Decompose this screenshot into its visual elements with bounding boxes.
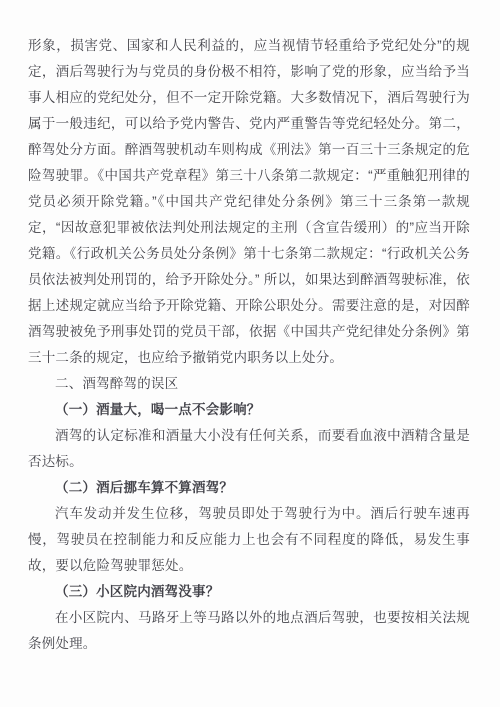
subheading-question-2: （二）酒后挪车算不算酒驾？: [28, 475, 470, 501]
subheading-question-3: （三）小区院内酒驾没事？: [28, 579, 470, 605]
paragraph-answer-1: 酒驾的认定标准和酒量大小没有任何关系，而要看血液中酒精含量是否达标。: [28, 423, 470, 475]
paragraph-party-discipline-rules: 形象，损害党、国家和人民利益的，应当视情节轻重给予党纪处分”的规定，酒后驾驶行为…: [28, 33, 470, 371]
document-page: 形象，损害党、国家和人民利益的，应当视情节轻重给予党纪处分”的规定，酒后驾驶行为…: [0, 0, 500, 707]
section-heading-misconceptions: 二、酒驾醉驾的误区: [28, 371, 470, 397]
subheading-question-1: （一）酒量大，喝一点不会影响？: [28, 397, 470, 423]
paragraph-answer-2: 汽车发动并发生位移，驾驶员即处于驾驶行为中。酒后行驶车速再慢，驾驶员在控制能力和…: [28, 501, 470, 579]
paragraph-answer-3: 在小区院内、马路牙上等马路以外的地点酒后驾驶，也要按相关法规条例处理。: [28, 605, 470, 657]
